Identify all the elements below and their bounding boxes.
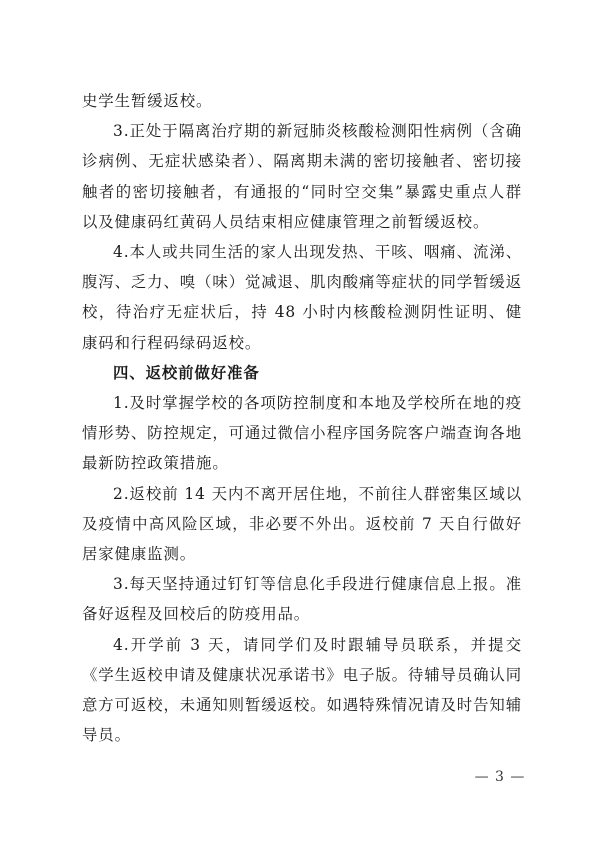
document-body: 史学生暂缓返校。 3.正处于隔离治疗期的新冠肺炎核酸检测阳性病例（含确诊病例、无…: [82, 86, 522, 750]
paragraph-continuation: 史学生暂缓返校。: [82, 86, 522, 116]
paragraph-item-3-isolation: 3.正处于隔离治疗期的新冠肺炎核酸检测阳性病例（含确诊病例、无症状感染者）、隔离…: [82, 116, 522, 237]
document-page: 史学生暂缓返校。 3.正处于隔离治疗期的新冠肺炎核酸检测阳性病例（含确诊病例、无…: [0, 0, 600, 848]
paragraph-item-4-contact-counselor: 4.开学前 3 天，请同学们及时跟辅导员联系，并提交《学生返校申请及健康状况承诺…: [82, 630, 522, 751]
paragraph-item-2-stay-home: 2.返校前 14 天内不离开居住地，不前往人群密集区域以及疫情中高风险区域，非必…: [82, 479, 522, 570]
page-number: — 3 —: [470, 769, 530, 785]
section-heading-preparation: 四、返校前做好准备: [82, 358, 522, 388]
paragraph-item-4-symptoms: 4.本人或共同生活的家人出现发热、干咳、咽痛、流涕、腹泻、乏力、嗅（味）觉减退、…: [82, 237, 522, 358]
paragraph-item-3-health-report: 3.每天坚持通过钉钉等信息化手段进行健康信息上报。准备好返程及回校后的防疫用品。: [82, 569, 522, 629]
paragraph-item-1-policies: 1.及时掌握学校的各项防控制度和本地及学校所在地的疫情形势、防控规定，可通过微信…: [82, 388, 522, 479]
